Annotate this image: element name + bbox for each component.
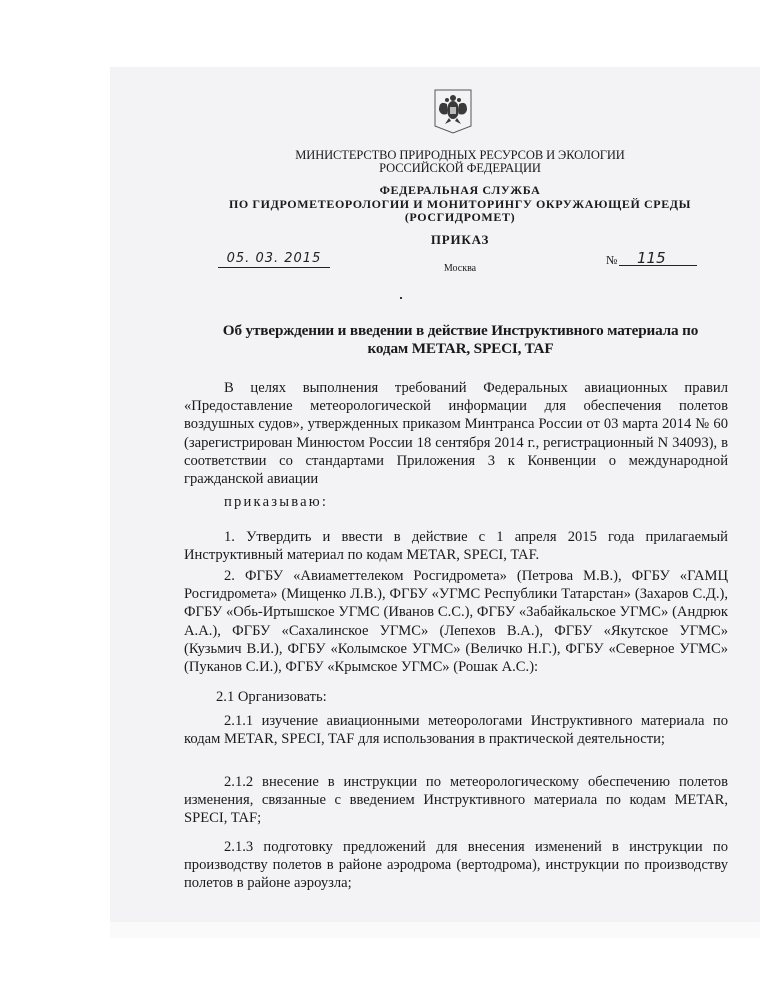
document-type: ПРИКАЗ bbox=[380, 232, 540, 248]
order-word: приказываю: bbox=[224, 494, 328, 511]
item-2-1-1: 2.1.1 изучение авиационными метеорологам… bbox=[184, 712, 728, 748]
number-label: № bbox=[606, 253, 617, 268]
item-2-1-3: 2.1.3 подготовку предложений для внесени… bbox=[184, 838, 728, 893]
order-date: 05. 03. 2015 bbox=[218, 251, 330, 268]
russian-coat-of-arms-icon bbox=[433, 88, 473, 134]
service-name: ФЕДЕРАЛЬНАЯ СЛУЖБА ПО ГИДРОМЕТЕОРОЛОГИИ … bbox=[200, 184, 720, 225]
title-line-2: кодам METAR, SPECI, TAF bbox=[188, 340, 733, 358]
service-line-1: ФЕДЕРАЛЬНАЯ СЛУЖБА bbox=[200, 184, 720, 198]
item-2-1: 2.1 Организовать: bbox=[184, 688, 728, 706]
item-1: 1. Утвердить и ввести в действие с 1 апр… bbox=[184, 528, 728, 564]
title-line-1: Об утверждении и введении в действие Инс… bbox=[188, 322, 733, 340]
service-line-2: ПО ГИДРОМЕТЕОРОЛОГИИ И МОНИТОРИНГУ ОКРУЖ… bbox=[200, 198, 720, 212]
city: Москва bbox=[430, 263, 490, 274]
scanned-page-edge bbox=[110, 922, 760, 938]
order-number: 115 bbox=[619, 249, 697, 266]
service-line-3: (РОСГИДРОМЕТ) bbox=[200, 211, 720, 225]
item-2-1-2: 2.1.2 внесение в инструкции по метеороло… bbox=[184, 773, 728, 828]
scan-speck bbox=[400, 297, 402, 299]
ministry-name: МИНИСТЕРСТВО ПРИРОДНЫХ РЕСУРСОВ И ЭКОЛОГ… bbox=[250, 149, 670, 175]
document-title: Об утверждении и введении в действие Инс… bbox=[188, 322, 733, 358]
item-2-1-text: 2.1 Организовать: bbox=[184, 688, 728, 706]
ministry-line-2: РОССИЙСКОЙ ФЕДЕРАЦИИ bbox=[250, 162, 670, 175]
item-2: 2. ФГБУ «Авиаметтелеком Росгидромета» (П… bbox=[184, 567, 728, 676]
preamble-paragraph: В целях выполнения требований Федеральны… bbox=[184, 379, 728, 488]
